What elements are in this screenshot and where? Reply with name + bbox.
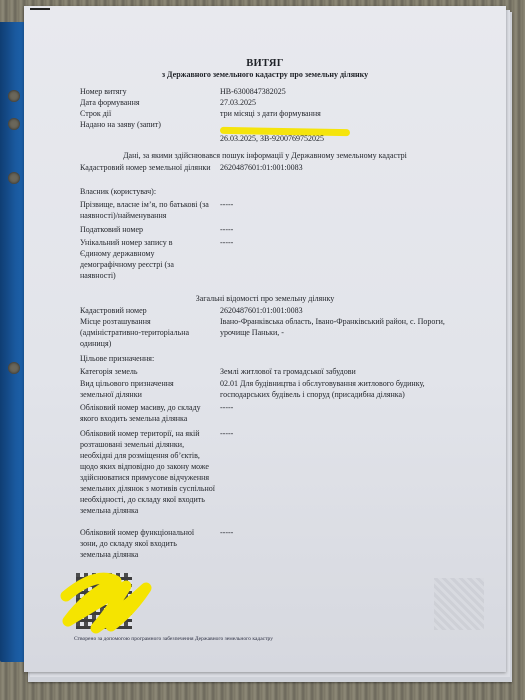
field-value: Івано-Франківська область, Івано-Франків… bbox=[220, 316, 470, 338]
field-value: 2620487601:01:001:0083 bbox=[220, 305, 480, 316]
field-label: Кадастровий номер bbox=[80, 305, 220, 316]
yellow-scribble-redaction bbox=[56, 566, 156, 636]
field-label: Податковий номер bbox=[80, 224, 220, 235]
field-value: 2620487601:01:001:0083 bbox=[220, 162, 480, 173]
qr-code-show-through bbox=[434, 578, 484, 630]
field-label: Вид цільового призначення земельної діля… bbox=[80, 378, 200, 400]
punch-hole bbox=[8, 118, 20, 130]
field-value: три місяці з дати формування bbox=[220, 108, 480, 119]
field-value: ----- bbox=[220, 237, 480, 248]
field-value: НВ-6300847382025 bbox=[220, 86, 480, 97]
field-label: Власник (користувач): bbox=[80, 186, 220, 197]
field-label: Прізвище, власне ім’я, по батькові (за н… bbox=[80, 199, 220, 221]
field-label: Кадастровий номер земельної ділянки bbox=[80, 162, 220, 173]
field-label: Категорія земель bbox=[80, 366, 220, 377]
section-heading: Дані, за якими здійснювався пошук інформ… bbox=[24, 151, 506, 160]
document-subtitle: з Державного земельного кадастру про зем… bbox=[24, 70, 506, 79]
field-value: 27.03.2025 bbox=[220, 97, 480, 108]
footer-note: Створено за допомогою програмного забезп… bbox=[74, 636, 273, 642]
field-label: Цільове призначення: bbox=[80, 353, 220, 364]
top-mark bbox=[30, 8, 50, 10]
field-label: Номер витягу bbox=[80, 86, 220, 97]
document-title: ВИТЯГ bbox=[24, 58, 506, 69]
field-label: Унікальний номер запису в Єдиному держав… bbox=[80, 237, 192, 281]
field-label: Строк дії bbox=[80, 108, 220, 119]
field-label: Обліковий номер масиву, до складу якого … bbox=[80, 402, 220, 424]
field-label: Дата формування bbox=[80, 97, 220, 108]
punch-hole bbox=[8, 172, 20, 184]
field-label: Надано на заяву (запит) bbox=[80, 119, 220, 130]
document-page: ВИТЯГ з Державного земельного кадастру п… bbox=[24, 6, 506, 672]
section-heading: Загальні відомості про земельну ділянку bbox=[24, 294, 506, 303]
field-label: Обліковий номер функціональної зони, до … bbox=[80, 527, 205, 560]
field-value: ----- bbox=[220, 402, 480, 413]
field-value: 26.03.2025, ЗВ-9200769752025 bbox=[220, 133, 480, 144]
field-value: 02.01 Для будівництва і обслуговування ж… bbox=[220, 378, 470, 400]
field-value: ----- bbox=[220, 199, 480, 210]
punch-hole bbox=[8, 90, 20, 102]
field-value: Землі житлової та громадської забудови bbox=[220, 366, 480, 377]
field-value: ----- bbox=[220, 224, 480, 235]
field-value: ----- bbox=[220, 428, 480, 439]
field-label: Обліковий номер території, на якій розта… bbox=[80, 428, 215, 516]
punch-hole bbox=[8, 362, 20, 374]
field-label: Місце розташування (адміністративно-тери… bbox=[80, 316, 210, 349]
field-value: ----- bbox=[220, 527, 480, 538]
